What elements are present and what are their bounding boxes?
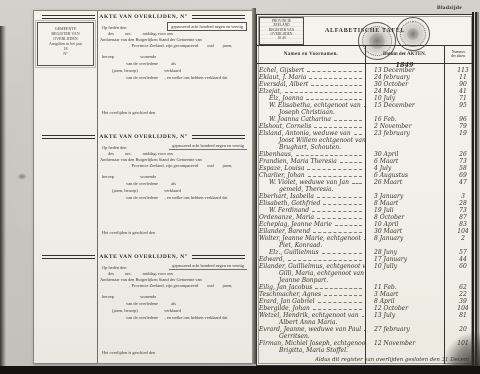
entry-name: Edward, [257, 256, 285, 263]
entry-name-cell: Brigitta, Maria Stoffel. [257, 347, 365, 354]
table-row: Espaze, Louisa 4 July 58 [257, 165, 473, 172]
entry-name-cell: Firman, Michiel Joseph, echtgenoot van [257, 340, 365, 347]
entry-date: 23 february [365, 130, 453, 137]
table-row: Elz, Joanna 10 July 71 [257, 95, 473, 102]
table-row: W. Joanna Catharina 16 Feb. 96 [257, 116, 473, 123]
filler-dashes [315, 288, 362, 289]
entry-date: 8 January [365, 235, 453, 242]
form-title: AKTE VAN OVERLIJDEN, N° [99, 134, 187, 140]
entry-name-cell: Teschmacher, Agnes [257, 291, 365, 298]
entry-name: Ebergilde, Johan [257, 305, 310, 312]
filler-dashes [354, 134, 362, 135]
closing-annotation: Aldus dit register van overlijden geslot… [315, 357, 469, 363]
entry-name-cell: Espaze, Louisa [257, 165, 365, 172]
entry-number: 113 [453, 67, 473, 74]
filler-dashes [313, 309, 362, 310]
table-row: Evrard, Jeanne, weduwe van Paul 27 febru… [257, 326, 473, 333]
entry-name-cell: Joost Willem echtgenoot van [257, 137, 365, 144]
entry-date: 26 Maart [365, 179, 453, 186]
entry-name-cell: Joseph Christiaan. [257, 109, 365, 116]
entry-date: 3 January [365, 193, 453, 200]
table-row: Brigitta, Maria Stoffel. [257, 347, 473, 354]
text-line: beroep wonende [102, 54, 248, 59]
form-footer-line: Het overlijden is geschied den [102, 230, 155, 235]
entry-name-cell: Eilander, Barend [257, 228, 365, 235]
entry-date [365, 333, 453, 340]
table-row: Albert Anna Maria. [257, 319, 473, 326]
entry-name: Erard, Jan Gabriel [257, 298, 315, 305]
table-row: Joseph Christiaan. [257, 109, 473, 116]
filler-dashes [318, 302, 362, 303]
entry-date: 8 October [365, 214, 453, 221]
table-row: Elsland, Antonia, weduwe van 23 february… [257, 130, 473, 137]
entry-date: 12 October [365, 305, 453, 312]
text-line: beroep wonende [102, 294, 248, 299]
filler-dashes [317, 218, 362, 219]
entry-number: 104 [453, 228, 473, 235]
entry-name: Echel, Gijsbert [257, 67, 304, 74]
entry-number: 3 [453, 193, 473, 200]
entry-name: Eibenhaus, [257, 151, 293, 158]
left-page: GEMEENTEREGISTER VANOVERLIJDENAangiften … [33, 10, 254, 364]
entry-number: 2 [453, 235, 473, 242]
entry-name: Eversdal, Albert [257, 81, 308, 88]
table-row: W. Ferdinand 19 Juli 73 [257, 207, 473, 214]
entry-name: Brughart, Schouten. [257, 144, 341, 151]
entry-name: Piet, Konraad. [257, 242, 322, 249]
right-page: PROVINCIEZEELANDREGISTER VANOVERLIJDEN18… [256, 14, 474, 366]
entry-name: W. Ferdinand [257, 207, 309, 214]
entry-name-cell: Albert Anna Maria. [257, 319, 365, 326]
text-line: van de overledene als [126, 181, 248, 186]
entry-number: 62 [453, 284, 473, 291]
filler-dashes [285, 92, 362, 93]
table-row: Wolter, Jeanne Marie, echtgenoot 8 Janua… [257, 235, 473, 242]
entry-number: 79 [453, 123, 473, 130]
entry-date: 8 April [365, 298, 453, 305]
filler-dashes [296, 155, 362, 156]
form-title: AKTE VAN OVERLIJDEN, N° [99, 254, 187, 260]
scan-bottom-bar [0, 366, 480, 374]
entry-number: 58 [453, 165, 473, 172]
entry-number [453, 109, 473, 116]
table-row: Eberhart, Isabella 3 January 3 [257, 193, 473, 200]
text-line: Ambtenaar van den Burgerlijken Stand der… [100, 157, 248, 162]
table-row: Eibenhaus, 30 April 26 [257, 151, 473, 158]
entry-number: 81 [453, 312, 473, 319]
form-title-row: AKTE VAN OVERLIJDEN, N° [42, 254, 245, 260]
entry-date [365, 186, 453, 193]
text-line: des ure, middag, voor ons [108, 151, 248, 156]
entry-date [365, 277, 453, 284]
entry-name-cell: Elshout, Cornelis [257, 123, 365, 130]
entry-number: 69 [453, 172, 473, 179]
form-footer-line: Het overlijden is geschied den [102, 350, 155, 355]
entry-name-cell: Ordenanze, Maria [257, 214, 365, 221]
entry-name-cell: Gilli, Maria, echtgenoot van Le- [257, 270, 365, 277]
filler-dashes [307, 71, 362, 72]
entry-name: Charlier, Johan [257, 172, 305, 179]
text-line: beroep wonende [102, 174, 248, 179]
filler-dashes [317, 197, 362, 198]
table-row: Eilig, Jan Jacobus 11 Feb. 62 [257, 284, 473, 291]
table-row: Eilander, Guillielmus, echtgenoot van 10… [257, 263, 473, 270]
entry-name: Joost Willem echtgenoot van [257, 137, 365, 144]
entry-date: 10 April [365, 221, 453, 228]
entry-name: Firman, Michiel Joseph, echtgenoot van [257, 340, 365, 347]
table-row: Gilli, Maria, echtgenoot van Le- [257, 270, 473, 277]
table-row: Elshout, Cornelis 2 November 79 [257, 123, 473, 130]
text-line: , Provincie Zeeland, zijn gecompareerd o… [114, 43, 248, 48]
entry-name: Wolter, Jeanne Marie, echtgenoot [257, 235, 361, 242]
entry-name: Gerritsen. [257, 333, 310, 340]
filler-dashes [362, 316, 364, 317]
entry-date: 17 January [365, 256, 453, 263]
entry-number: 73 [453, 207, 473, 214]
round-ink-stamp-icon [358, 22, 396, 60]
entry-number: 96 [453, 116, 473, 123]
entry-name: Albert Anna Maria. [257, 319, 337, 326]
year-heading: 1849 [365, 61, 444, 69]
entry-name-cell: Eilig, Jan Jacobus [257, 284, 365, 291]
entry-date [365, 137, 453, 144]
entry-number: 11 [453, 74, 473, 81]
form-footer-line: Het overlijden is geschied den [102, 110, 155, 115]
table-row: Edward, 17 January 44 [257, 256, 473, 263]
entry-name: gemeld, Theresia. [257, 186, 334, 193]
text-line: (jaren, beroep) verklaard [112, 68, 248, 73]
entry-name-cell: Elsland, Antonia, weduwe van [257, 130, 365, 137]
entry-date: 27 february [365, 326, 453, 333]
entry-date: 24 february [365, 74, 453, 81]
table-row: Gerritsen. [257, 333, 473, 340]
entry-date [365, 144, 453, 151]
entry-name: Frandien, Maria Theresia [257, 158, 337, 165]
text-line: Ambtenaar van den Burgerlijken Stand der… [100, 37, 248, 42]
text-line: (jaren, beroep) verklaard [112, 188, 248, 193]
entry-name: Elsland, Antonia, weduwe van [257, 130, 351, 137]
entry-name: Eberhart, Isabella [257, 193, 314, 200]
entry-name: Ordenanze, Maria [257, 214, 314, 221]
table-row: Charlier, Johan 6 Augustus 69 [257, 172, 473, 179]
filler-dashes [322, 253, 362, 254]
round-date-stamp-icon [396, 17, 430, 51]
entry-name-cell: Gerritsen. [257, 333, 365, 340]
entry-name: Brigitta, Maria Stoffel. [257, 347, 348, 354]
entry-number: 22 [453, 291, 473, 298]
page-number-label: Bladzijde [437, 5, 462, 11]
entry-name: Eklaut, J. Maria [257, 74, 306, 81]
entry-name: W. Joanna Catharina [257, 116, 331, 123]
text-line: van de overledene als [126, 61, 248, 66]
title-rule [42, 15, 95, 19]
filler-dashes [313, 232, 362, 233]
filler-dashes [306, 99, 362, 100]
register-label-box: PROVINCIEZEELANDREGISTER VANOVERLIJDEN18… [259, 17, 304, 45]
form-title: AKTE VAN OVERLIJDEN, N° [99, 14, 187, 20]
table-row: Elzejat, 24 Mey 41 [257, 88, 473, 95]
entry-name: Wetzel, Hendrik, echtgenoot van [257, 312, 359, 319]
entry-date: 30 October [365, 81, 453, 88]
entry-name-cell: Wetzel, Hendrik, echtgenoot van [257, 312, 365, 319]
entry-name: Eilig, Jan Jacobus [257, 284, 312, 291]
entry-number: 26 [453, 151, 473, 158]
entry-name-cell: Elz., Guillielmus [257, 249, 365, 256]
entry-number: 87 [453, 214, 473, 221]
column-header-number: Nummer der akten. [444, 45, 473, 63]
text-line: Op heden den [102, 265, 248, 270]
table-row: Ebergilde, Johan 12 October 104 [257, 305, 473, 312]
death-act-form-3: AKTE VAN OVERLIJDEN, N° gepasseerd acht … [34, 253, 253, 371]
form-body-lines: Op heden dendes ure, middag, voor onsAmb… [100, 145, 248, 200]
entry-date: 8 Maart [365, 200, 453, 207]
entry-date [365, 242, 453, 249]
table-row: Piet, Konraad. [257, 242, 473, 249]
form-title-row: AKTE VAN OVERLIJDEN, N° [42, 134, 245, 140]
entry-date: 30 Maart [365, 228, 453, 235]
entry-date: 4 July [365, 165, 453, 172]
title-rule [192, 135, 245, 139]
text-line: , Provincie Zeeland, zijn gecompareerd o… [114, 283, 248, 288]
entry-name: Echeplag, Jeanne Marie [257, 221, 332, 228]
title-rule [192, 255, 245, 259]
form-title-row: AKTE VAN OVERLIJDEN, N° [42, 14, 245, 20]
entry-date: 16 Feb. [365, 116, 453, 123]
entry-name: Joseph Christiaan. [257, 109, 335, 116]
entry-name-cell: Elz, Joanna [257, 95, 365, 102]
entry-date: 15 December [365, 102, 453, 109]
entry-number [453, 144, 473, 151]
entry-name: Elz., Guillielmus [257, 249, 319, 256]
entry-date: 6 Augustus [365, 172, 453, 179]
entry-name-cell: Brughart, Schouten. [257, 144, 365, 151]
entry-name: Espaze, Louisa [257, 165, 304, 172]
table-row: Elisabeth, Gothfried 8 Maart 28 [257, 200, 473, 207]
table-row: Jeanne Bonpart. [257, 277, 473, 284]
table-row: gemeld, Theresia. [257, 186, 473, 193]
filler-dashes [323, 204, 362, 205]
text-line: Ambtenaar van den Burgerlijken Stand der… [100, 277, 248, 282]
entry-name: Eilander, Barend [257, 228, 310, 235]
entry-date: 10 July [365, 95, 453, 102]
form-body-lines: Op heden dendes ure, middag, voor onsAmb… [100, 25, 248, 80]
table-row: Firman, Michiel Joseph, echtgenoot van 1… [257, 340, 473, 347]
entry-date: 12 November [365, 340, 453, 347]
entry-date: 30 April [365, 151, 453, 158]
scan-left-edge [0, 26, 6, 374]
entry-name-cell: Wolter, Jeanne Marie, echtgenoot [257, 235, 365, 242]
entry-name: Elisabeth, Gothfried [257, 200, 320, 207]
entry-name: W. Violet, weduwe van Jan [257, 179, 349, 186]
entry-name-cell: Piet, Konraad. [257, 242, 365, 249]
title-rule [42, 135, 95, 139]
text-line: Op heden den [102, 145, 248, 150]
text-line: van de overledene , en welke ons hebben … [126, 315, 248, 320]
entry-name-cell: Ebergilde, Johan [257, 305, 365, 312]
table-row: Erard, Jan Gabriel 8 April 39 [257, 298, 473, 305]
entry-name-cell: Eibenhaus, [257, 151, 365, 158]
table-row: Teschmacher, Agnes 3 Maart 22 [257, 291, 473, 298]
entry-name-cell: Echeplag, Jeanne Marie [257, 221, 365, 228]
entry-number [453, 270, 473, 277]
entry-name-cell: Eversdal, Albert [257, 81, 365, 88]
entry-date [365, 347, 453, 354]
entry-number: 28 [453, 200, 473, 207]
filler-dashes [308, 176, 362, 177]
entry-name-cell: Edward, [257, 256, 365, 263]
entry-date: 2 November [365, 123, 453, 130]
entry-number: 41 [453, 88, 473, 95]
entry-date: 19 Juli [365, 207, 453, 214]
entry-date [365, 270, 453, 277]
entry-number: 104 [453, 305, 473, 312]
table-row: Joost Willem echtgenoot van [257, 137, 473, 144]
text-line: , Provincie Zeeland, zijn gecompareerd o… [114, 163, 248, 168]
entry-number [453, 242, 473, 249]
entry-name-cell: gemeld, Theresia. [257, 186, 365, 193]
table-row: W. Elisabetha, echtgenoot van 15 Decembe… [257, 102, 473, 109]
entry-name: Teschmacher, Agnes [257, 291, 321, 298]
entry-name: Jeanne Bonpart. [257, 277, 328, 284]
text-line: van de overledene als [126, 301, 248, 306]
table-row: Frandien, Maria Theresia 6 Maart 73 [257, 158, 473, 165]
entry-name-cell: W. Elisabetha, echtgenoot van [257, 102, 365, 109]
table-row: Ordenanze, Maria 8 October 87 [257, 214, 473, 221]
filler-dashes [309, 78, 362, 79]
entry-number: 71 [453, 95, 473, 102]
column-header-names: Namen en Voornamen. [257, 45, 365, 63]
entry-date: 10 Jully [365, 263, 453, 270]
entry-name-cell: Echel, Gijsbert [257, 67, 365, 74]
entry-number: 73 [453, 158, 473, 165]
column-header-number-line2: der akten. [451, 54, 466, 58]
text-line: van de overledene , en welke ons hebben … [126, 195, 248, 200]
entry-date: 3 Maart [365, 291, 453, 298]
entry-date: 11 Feb. [365, 284, 453, 291]
filler-dashes [324, 295, 362, 296]
table-row: Brughart, Schouten. [257, 144, 473, 151]
text-line: van de overledene , en welke ons hebben … [126, 75, 248, 80]
entry-number: 19 [453, 130, 473, 137]
entry-name-cell: Elzejat, [257, 88, 365, 95]
entry-name-cell: Jeanne Bonpart. [257, 277, 365, 284]
entry-date: 13 July [365, 312, 453, 319]
title-rule [192, 15, 245, 19]
filler-dashes [288, 260, 362, 261]
entry-name-cell: Eilander, Guillielmus, echtgenoot van [257, 263, 365, 270]
entry-name: Eilander, Guillielmus, echtgenoot van [257, 263, 365, 270]
entry-number: 57 [453, 249, 473, 256]
filler-dashes [340, 162, 362, 163]
table-row: Echeplag, Jeanne Marie 10 April 83 [257, 221, 473, 228]
entry-number [453, 137, 473, 144]
death-act-form-1: AKTE VAN OVERLIJDEN, N° gepasseerd acht … [34, 13, 253, 131]
entry-name: Gilli, Maria, echtgenoot van Le- [257, 270, 365, 277]
form-body-lines: Op heden dendes ure, middag, voor onsAmb… [100, 265, 248, 320]
entry-date: 28 Juny [365, 249, 453, 256]
filler-dashes [335, 225, 362, 226]
entry-name: Elzejat, [257, 88, 282, 95]
entry-name-cell: W. Ferdinand [257, 207, 365, 214]
death-act-form-2: AKTE VAN OVERLIJDEN, N° gepasseerd acht … [34, 133, 253, 251]
entry-name: Elshout, Cornelis [257, 123, 311, 130]
entry-number: 95 [453, 102, 473, 109]
entry-number: 39 [453, 298, 473, 305]
text-line: 18 49 [260, 36, 303, 40]
filler-dashes [311, 85, 362, 86]
entry-number [453, 186, 473, 193]
table-row: Eilander, Barend 30 Maart 104 [257, 228, 473, 235]
text-line: (jaren, beroep) verklaard [112, 308, 248, 313]
table-row: Elz., Guillielmus 28 Juny 57 [257, 249, 473, 256]
entry-name-cell: Eberhart, Isabella [257, 193, 365, 200]
filler-dashes [307, 169, 362, 170]
text-line: Op heden den [102, 25, 248, 30]
entry-date: 6 Maart [365, 158, 453, 165]
table-rows: Echel, Gijsbert 13 December 113 Eklaut, … [257, 67, 473, 354]
text-line: des ure, middag, voor ons [108, 271, 248, 276]
table-row: W. Violet, weduwe van Jan 26 Maart 47 [257, 179, 473, 186]
entry-name-cell: Frandien, Maria Theresia [257, 158, 365, 165]
entry-number: 44 [453, 256, 473, 263]
table-row: Eklaut, J. Maria 24 february 11 [257, 74, 473, 81]
scan-right-edge [472, 12, 479, 366]
entry-date [365, 109, 453, 116]
table-row: Eversdal, Albert 30 October 90 [257, 81, 473, 88]
entry-name-cell: Elisabeth, Gothfried [257, 200, 365, 207]
title-rule [42, 255, 95, 259]
entry-number: 90 [453, 81, 473, 88]
entry-name-cell: W. Violet, weduwe van Jan [257, 179, 365, 186]
entry-name: W. Elisabetha, echtgenoot van [257, 102, 361, 109]
entry-number: 60 [453, 263, 473, 270]
filler-dashes [314, 127, 362, 128]
entry-number: 83 [453, 221, 473, 228]
text-line: des ure, middag, voor ons [108, 31, 248, 36]
entry-number [453, 319, 473, 326]
margin-smudge [17, 173, 27, 180]
entry-name-cell: W. Joanna Catharina [257, 116, 365, 123]
table-row: Wetzel, Hendrik, echtgenoot van 13 July … [257, 312, 473, 319]
entry-name: Elz, Joanna [257, 95, 303, 102]
entry-name-cell: Eklaut, J. Maria [257, 74, 365, 81]
entry-name-cell: Evrard, Jeanne, weduwe van Paul [257, 326, 365, 333]
entry-number [453, 277, 473, 284]
entry-number: 47 [453, 179, 473, 186]
entry-name-cell: Erard, Jan Gabriel [257, 298, 365, 305]
filler-dashes [352, 183, 362, 184]
entry-name-cell: Charlier, Johan [257, 172, 365, 179]
entry-name: Evrard, Jeanne, weduwe van Paul [257, 326, 361, 333]
entry-date: 24 Mey [365, 88, 453, 95]
filler-dashes [312, 211, 362, 212]
entry-date [365, 319, 453, 326]
filler-dashes [334, 120, 362, 121]
